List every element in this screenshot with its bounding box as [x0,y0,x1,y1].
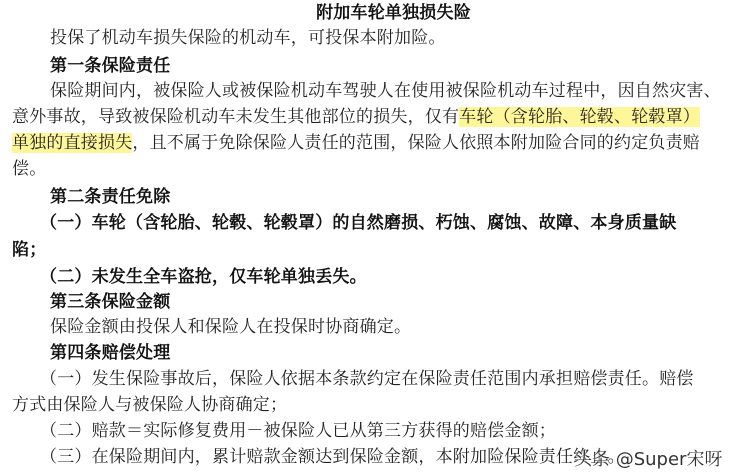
article1-line2-text: 意外事故，导致被保险机动车未发生其他部位的损失，仅有 [12,107,459,127]
article3-heading: 第三条保险金额 [50,291,170,313]
intro-paragraph: 投保了机动车损失保险的机动车，可投保本附加险。 [50,27,446,49]
document-page: 附加车轮单独损失险 投保了机动车损失保险的机动车，可投保本附加险。 第一条保险责… [0,0,732,472]
article1-line3: 单独的直接损失，且不属于免除保险人责任的范围，保险人依照本附加险合同的约定负责赔 [12,132,700,154]
watermark: 头条 @Super宋呀 [574,445,722,471]
article2-heading: 第二条责任免除 [50,186,170,208]
article1-line4: 偿。 [12,158,46,180]
highlighted-text: 单独的直接损失 [12,133,132,153]
article2-item1-line2: 陷； [12,239,46,261]
article4-item3: （三）在保险期间内，累计赔款金额达到保险金额，本附加险保险责任终止。 [40,446,625,468]
article1-line2: 意外事故，导致被保险机动车未发生其他部位的损失，仅有车轮（含轮胎、轮毂、轮毂罩） [12,106,700,128]
article4-item1-line1: （一）发生保险事故后，保险人依据本条款约定在保险责任范围内承担赔偿责任。赔偿 [40,368,694,390]
article4-item1-line2: 方式由保险人与被保险人协商确定； [12,394,287,416]
article3-body: 保险金额由投保人和保险人在投保时协商确定。 [50,316,411,338]
document-title: 附加车轮单独损失险 [0,2,732,24]
article1-line1: 保险期间内，被保险人或被保险机动车驾驶人在使用被保险机动车过程中，因自然灾害、 [50,80,721,102]
article2-item1-line1: （一）车轮（含轮胎、轮毂、轮毂罩）的自然磨损、朽蚀、腐蚀、故障、本身质量缺 [40,212,676,234]
article1-heading: 第一条保险责任 [50,55,170,77]
highlighted-text: 车轮（含轮胎、轮毂、轮毂罩） [459,107,700,127]
article1-line3-text: ，且不属于免除保险人责任的范围，保险人依照本附加险合同的约定负责赔 [132,133,700,153]
article4-item2: （二）赔款＝实际修复费用－被保险人已从第三方获得的赔偿金额； [40,420,556,442]
article4-heading: 第四条赔偿处理 [50,342,170,364]
article2-item2: （二）未发生全车盗抢，仅车轮单独丢失。 [40,266,367,288]
